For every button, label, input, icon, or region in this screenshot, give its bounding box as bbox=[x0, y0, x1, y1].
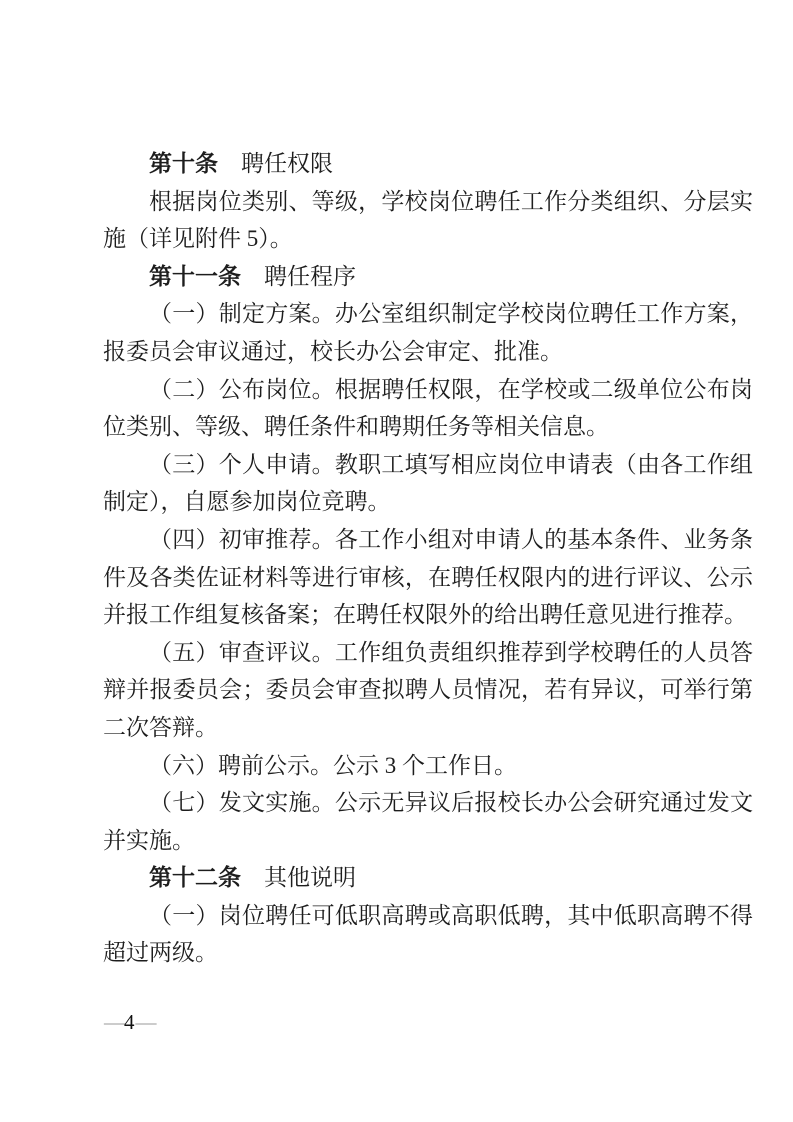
document-body: 第十条聘任权限 根据岗位类别、等级，学校岗位聘任工作分类组织、分层实 施（详见附… bbox=[103, 145, 753, 972]
text-line: 位类别、等级、聘任条件和聘期任务等相关信息。 bbox=[103, 408, 753, 446]
text-line: 件及各类佐证材料等进行审核，在聘任权限内的进行评议、公示 bbox=[103, 559, 753, 597]
text-line: 超过两级。 bbox=[103, 934, 753, 972]
article-heading: 第十二条其他说明 bbox=[103, 859, 753, 897]
text-line: （二）公布岗位。根据聘任权限，在学校或二级单位公布岗 bbox=[103, 371, 753, 409]
text-line: （七）发文实施。公示无异议后报校长办公会研究通过发文 bbox=[103, 784, 753, 822]
article-number: 第十一条 bbox=[149, 264, 241, 289]
page-number-dash-left: — bbox=[104, 1010, 123, 1034]
text-line: （一）制定方案。办公室组织制定学校岗位聘任工作方案， bbox=[103, 295, 753, 333]
page-number-value: 4 bbox=[123, 1010, 136, 1034]
text-line: （一）岗位聘任可低职高聘或高职低聘，其中低职高聘不得 bbox=[103, 897, 753, 935]
text-line: 二次答辩。 bbox=[103, 709, 753, 747]
page-number: —4— bbox=[104, 1010, 155, 1034]
text-line: 辩并报委员会；委员会审查拟聘人员情况，若有异议，可举行第 bbox=[103, 671, 753, 709]
article-title: 其他说明 bbox=[264, 865, 356, 890]
article-title: 聘任程序 bbox=[264, 264, 356, 289]
article-number: 第十条 bbox=[149, 151, 218, 176]
text-line: 并报工作组复核备案；在聘任权限外的给出聘任意见进行推荐。 bbox=[103, 596, 753, 634]
text-line: 根据岗位类别、等级，学校岗位聘任工作分类组织、分层实 bbox=[103, 183, 753, 221]
page-number-dash-right: — bbox=[136, 1010, 155, 1034]
text-line: （四）初审推荐。各工作小组对申请人的基本条件、业务条 bbox=[103, 521, 753, 559]
text-line: （三）个人申请。教职工填写相应岗位申请表（由各工作组 bbox=[103, 446, 753, 484]
text-line: （六）聘前公示。公示 3 个工作日。 bbox=[103, 747, 753, 785]
text-line: 报委员会审议通过，校长办公会审定、批准。 bbox=[103, 333, 753, 371]
text-line: （五）审查评议。工作组负责组织推荐到学校聘任的人员答 bbox=[103, 634, 753, 672]
text-line: 制定），自愿参加岗位竞聘。 bbox=[103, 483, 753, 521]
article-heading: 第十条聘任权限 bbox=[103, 145, 753, 183]
article-heading: 第十一条聘任程序 bbox=[103, 258, 753, 296]
article-number: 第十二条 bbox=[149, 865, 241, 890]
article-title: 聘任权限 bbox=[241, 151, 333, 176]
text-line: 并实施。 bbox=[103, 822, 753, 860]
document-page: 第十条聘任权限 根据岗位类别、等级，学校岗位聘任工作分类组织、分层实 施（详见附… bbox=[0, 0, 793, 1122]
text-line: 施（详见附件 5）。 bbox=[103, 220, 753, 258]
